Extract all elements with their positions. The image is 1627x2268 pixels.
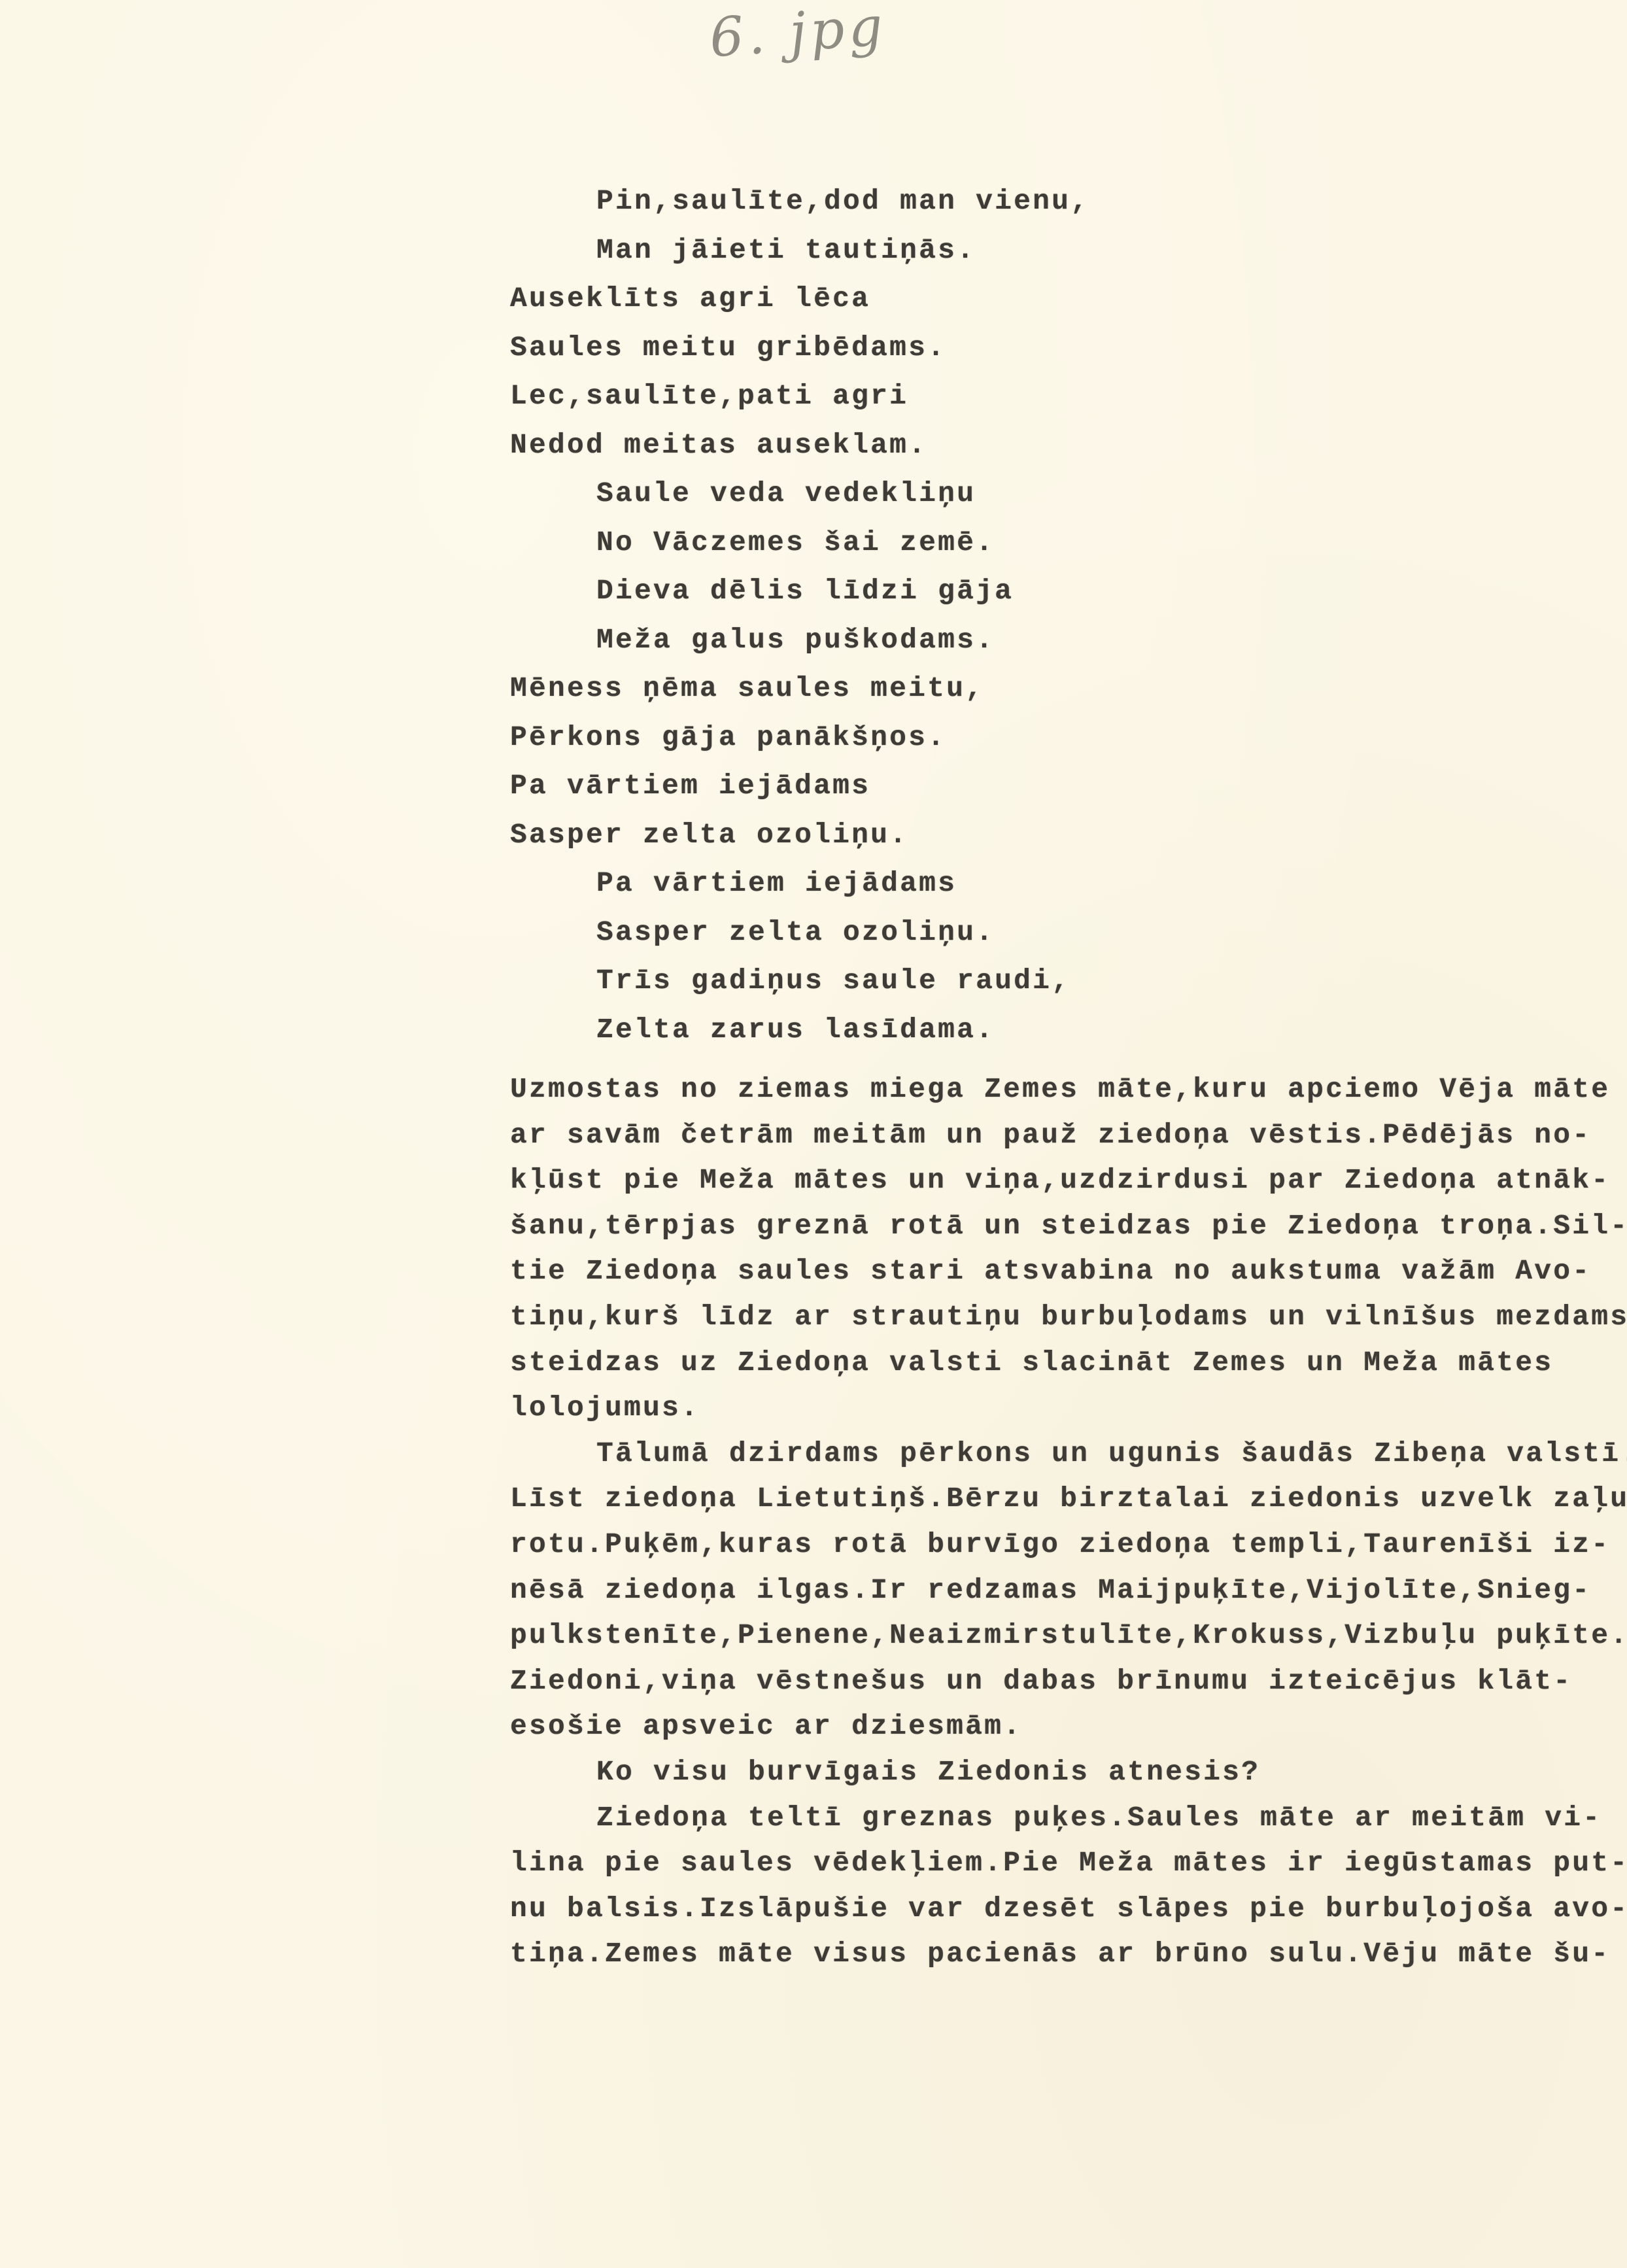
prose-line: ar savām četrām meitām un pauž ziedoņa v… xyxy=(510,1121,1591,1149)
verse-line: Saule veda vedekliņu xyxy=(596,479,976,507)
prose-line: tie Ziedoņa saules stari atsvabina no au… xyxy=(510,1257,1591,1285)
verse-line: Pērkons gāja panākšņos. xyxy=(510,723,946,751)
verse-line: Auseklīts agri lēca xyxy=(510,284,870,313)
prose-line: Ziedoņa teltī greznas puķes.Saules māte … xyxy=(596,1804,1601,1832)
prose-line: Ziedoni,viņa vēstnešus un dabas brīnumu … xyxy=(510,1667,1572,1695)
prose-line: lina pie saules vēdekļiem.Pie Meža mātes… xyxy=(510,1849,1627,1877)
prose-line: lolojumus. xyxy=(510,1394,700,1422)
prose-line: šanu,tērpjas greznā rotā un steidzas pie… xyxy=(510,1212,1627,1240)
prose-line: Līst ziedoņa Lietutiņš.Bērzu birztalai z… xyxy=(510,1485,1627,1513)
prose-line: tiņa.Zemes māte visus pacienās ar brūno … xyxy=(510,1940,1610,1968)
verse-line: Pa vārtiem iejādams xyxy=(596,869,957,897)
verse-line: No Vāczemes šai zemē. xyxy=(596,528,995,557)
verse-line: Lec,saulīte,pati agri xyxy=(510,382,908,410)
verse-line: Meža galus puškodams. xyxy=(596,626,995,654)
prose-line: esošie apsveic ar dziesmām. xyxy=(510,1712,1022,1740)
verse-line: Zelta zarus lasīdama. xyxy=(596,1016,995,1044)
handwritten-page-note: 6. jpg xyxy=(708,0,889,69)
prose-line: pulkstenīte,Pienene,Neaizmirstulīte,Krok… xyxy=(510,1621,1627,1649)
verse-line: Man jāieti tautiņās. xyxy=(596,236,976,264)
prose-line: steidzas uz Ziedoņa valsti slacināt Zeme… xyxy=(510,1349,1553,1377)
verse-line: Nedod meitas auseklam. xyxy=(510,431,927,459)
prose-line: tiņu,kurš līdz ar strautiņu burbuļodams … xyxy=(510,1303,1627,1331)
prose-line: Tālumā dzirdams pērkons un ugunis šaudās… xyxy=(596,1439,1627,1468)
verse-line: Sasper zelta ozoliņu. xyxy=(596,918,995,946)
verse-line: Pa vārtiem iejādams xyxy=(510,772,870,800)
prose-line: rotu.Puķēm,kuras rotā burvīgo ziedoņa te… xyxy=(510,1530,1610,1558)
prose-line: nu balsis.Izslāpušie var dzesēt slāpes p… xyxy=(510,1895,1627,1923)
document-page: 6. jpg Pin,saulīte,dod man vienu,Man jāi… xyxy=(0,0,1627,2268)
verse-line: Trīs gadiņus saule raudi, xyxy=(596,967,1070,995)
verse-line: Saules meitu gribēdams. xyxy=(510,334,946,362)
prose-line: nēsā ziedoņa ilgas.Ir redzamas Maijpuķīt… xyxy=(510,1576,1591,1604)
verse-line: Dieva dēlis līdzi gāja xyxy=(596,577,1014,605)
verse-line: Mēness ņēma saules meitu, xyxy=(510,674,984,702)
prose-line: Ko visu burvīgais Ziedonis atnesis? xyxy=(596,1758,1260,1786)
verse-line: Sasper zelta ozoliņu. xyxy=(510,821,908,849)
verse-line: Pin,saulīte,dod man vienu, xyxy=(596,187,1089,215)
prose-line: kļūst pie Meža mātes un viņa,uzdzirdusi … xyxy=(510,1166,1610,1194)
prose-line: Uzmostas no ziemas miega Zemes māte,kuru… xyxy=(510,1075,1610,1103)
